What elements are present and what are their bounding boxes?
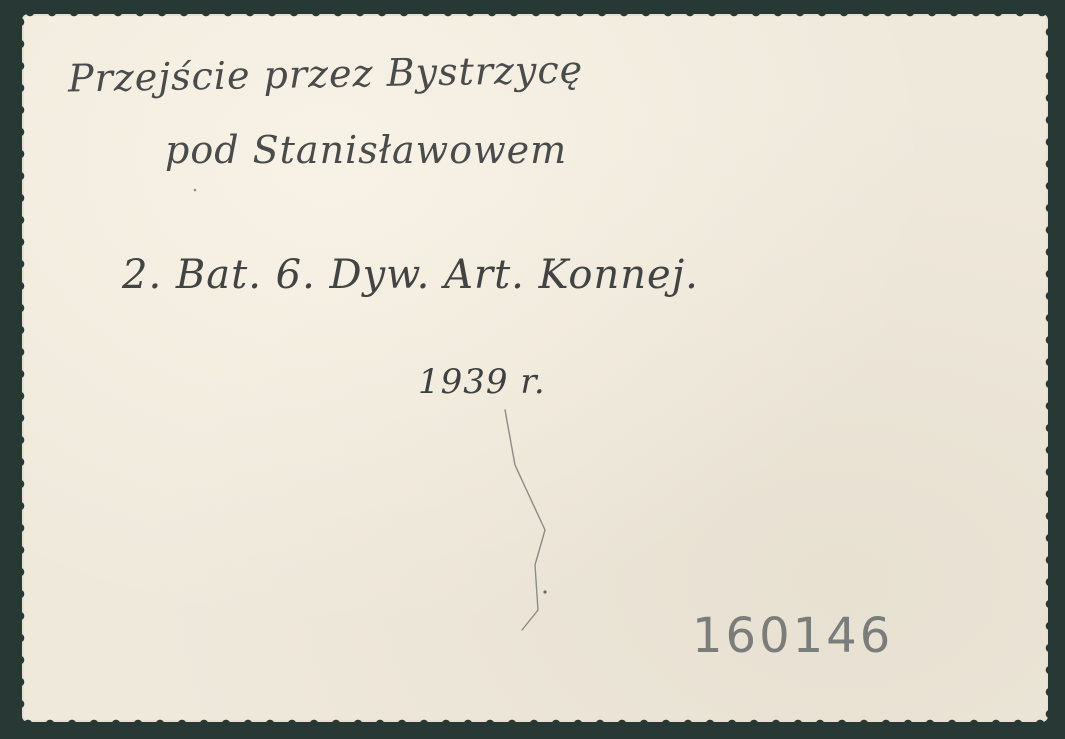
pencil-stroke-mark xyxy=(0,0,1065,739)
